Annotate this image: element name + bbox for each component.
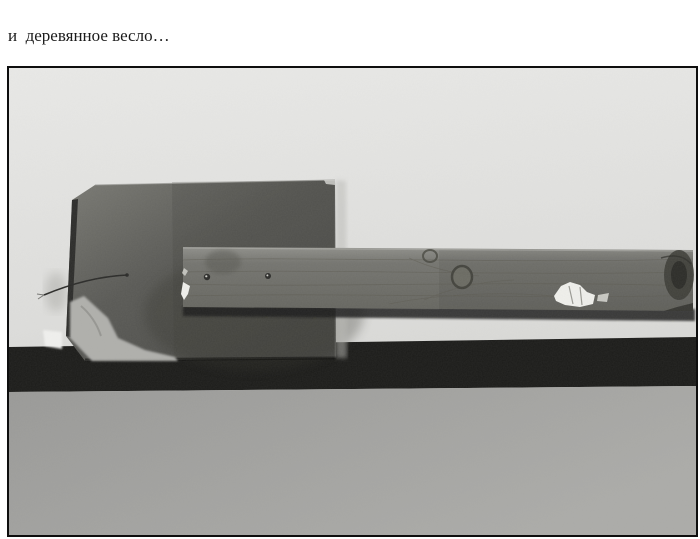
page: и деревянное весло… [0, 0, 700, 539]
caption-text: и деревянное весло… [8, 26, 170, 46]
photo-frame [7, 66, 698, 537]
paddle-photo [9, 68, 696, 535]
film-grain-overlay [9, 68, 696, 535]
